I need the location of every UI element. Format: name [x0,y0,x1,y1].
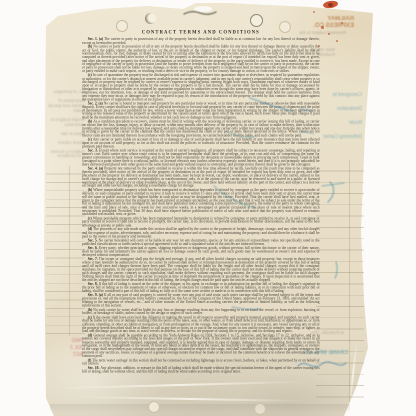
contract-paragraph: (c) In case of quarantine the property m… [82,74,320,102]
scanned-document-page: No. of packagesDescription of articles a… [0,0,416,416]
contract-paragraphs: Sec. 1. (a) The carrier or party in poss… [82,38,320,374]
contract-paragraph: (b) No such carrier by water shall be li… [82,308,320,315]
contract-paragraph: (d) General average shall be payable acc… [82,334,320,358]
red-speck [341,22,343,24]
punch-hole [250,14,263,27]
contract-text-column: CONTRACT TERMS AND CONDITIONS Sec. 1. (a… [82,29,320,374]
contract-paragraph: (c) Any carrier or party liable on accou… [82,138,320,148]
bleedthrough-fragment: No. of packages [48,90,85,95]
red-speck [328,33,330,35]
contract-paragraph: (c) Where perishable property which has … [82,217,320,227]
contract-paragraph: Sec. 6. Every party, whether principal o… [82,247,320,257]
tear-highlight [194,6,212,12]
bottom-shadow [50,404,350,413]
ruled-lines-left [46,166,85,336]
punch-hole [116,20,128,32]
bleedthrough-left-fragments: No. of packagesDescription of articles a… [48,90,85,163]
contract-paragraph: (f) The term 'water carriage' in this se… [82,359,320,366]
bleedthrough-fragment: AGT. [50,352,83,358]
red-speck [321,26,324,29]
red-speck [313,11,315,13]
bleedthrough-fragment: Delivering Carrier [314,134,362,140]
contract-paragraph: Sec. 2. (a) No carrier is bound to trans… [82,102,320,119]
bleedthrough-fragment: Check column [48,141,85,146]
bleedthrough-fragment: Consigned to [314,92,362,98]
punch-hole [148,401,160,413]
bleedthrough-form-fields: Consigned toDestinationRouteDelivering C… [314,92,362,148]
contract-paragraph: (b) Where nonperishable property which h… [82,188,320,216]
contract-paragraph: Sec. 7. The owner or consignee shall pay… [82,258,320,282]
contract-paragraph: Sec. 1. (a) The carrier or party in poss… [82,38,320,45]
punch-hole [279,21,291,33]
contract-paragraph: Sec. 8. If this bill of lading is issued… [82,283,320,293]
contract-paragraph: Sec. 4. (a) Property not removed by the … [82,167,320,188]
contract-paragraph: (b) As a condition precedent to recovery… [82,120,320,137]
bleedthrough-fragment: Weight (subject to correction) [48,118,85,128]
contract-paragraph: (d) The proceeds of any sale made under … [82,228,320,238]
punch-hole [145,13,156,24]
contract-paragraph: (b) No carrier or party in possession of… [82,45,320,73]
red-stain-core [328,3,333,7]
bleedthrough-fragment: Route [314,120,362,126]
ruled-lines-right [316,160,364,402]
punch-hole [254,403,266,415]
bleedthrough-fragment: PAID [50,338,83,344]
bleedthrough-red-stamp: PAIDJUL 2AGT. [50,338,83,359]
bleedthrough-fragment: Description of articles and special mark… [48,99,85,114]
bleedthrough-fragment: Class or rate [48,132,85,137]
bleedthrough-fragment: Subject to Section 7 of conditions [48,150,85,160]
bleedthrough-fragment: Destination [314,106,362,112]
contract-paragraph: (c) If the owner shall have exercised du… [82,316,320,333]
contract-paragraph: Sec. 5. No carrier hereunder will carry … [82,239,320,246]
bleedthrough-fragment: JUL 2 [50,345,83,351]
contract-paragraph: Sec. 3. Except where such service is req… [82,149,320,166]
red-speck [318,45,320,47]
contract-paragraph: Sec. 9. (a) If all or any part of said p… [82,294,320,308]
contract-paragraph: Sec. 10. Any alteration, addition, or er… [82,366,320,373]
red-speck [336,40,338,42]
